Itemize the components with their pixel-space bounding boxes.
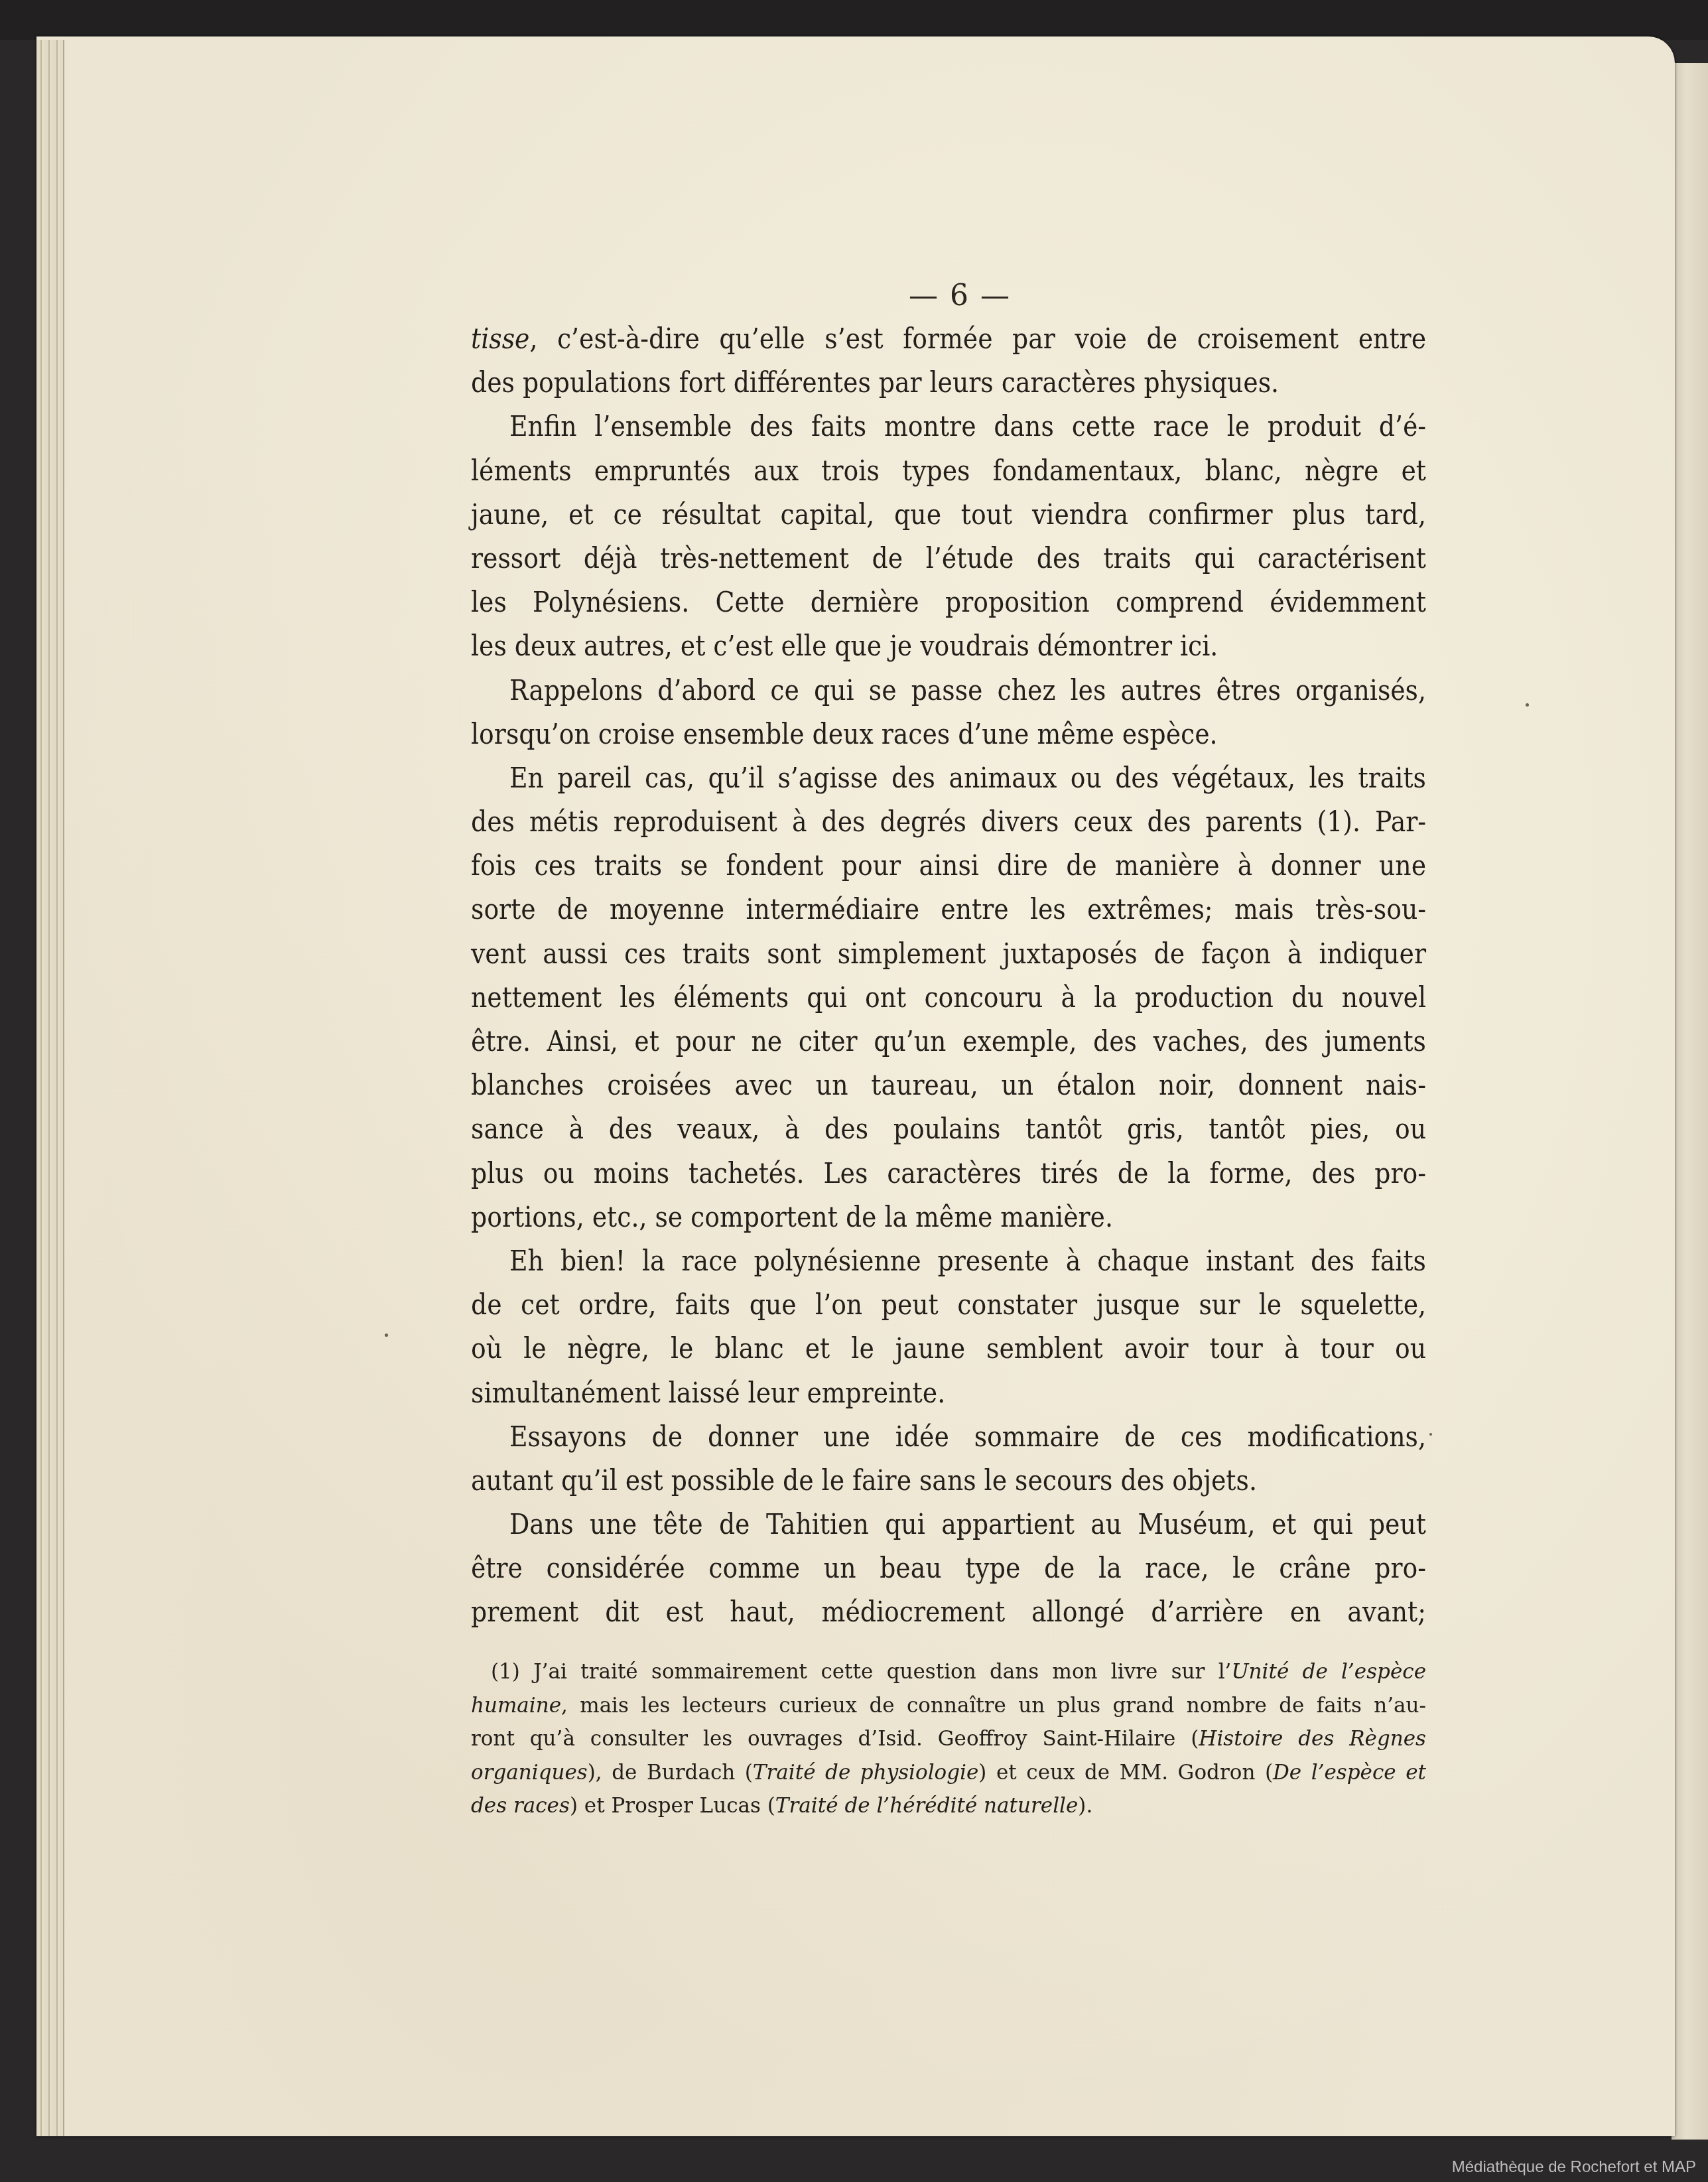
body-line: Dans une tête de Tahitien qui appartient…	[471, 1503, 1426, 1546]
text-run: lorsqu’on croise ensemble deux races d’u…	[471, 718, 1218, 750]
body-line: plus ou moins tachetés. Les caractères t…	[471, 1152, 1426, 1195]
text-run: être considérée comme un beau type de la…	[471, 1552, 1426, 1584]
text-run: être. Ainsi, et pour ne citer qu’un exem…	[471, 1025, 1426, 1057]
text-run: ) et Prosper Lucas (	[570, 1794, 775, 1818]
body-line: portions, etc., se comportent de la même…	[471, 1195, 1426, 1239]
body-line: simultanément laissé leur empreinte.	[471, 1371, 1426, 1415]
body-line: sance à des veaux, à des poulains tantôt…	[471, 1107, 1426, 1151]
text-run: de cet ordre, faits que l’on peut consta…	[471, 1288, 1426, 1321]
italic-text: Traité de l’hérédité naturelle	[775, 1794, 1078, 1818]
text-run: (1) J’ai traité sommairement cette quest…	[491, 1660, 1231, 1684]
italic-text: Unité de l’espèce	[1231, 1660, 1426, 1684]
body-line: des populations fort différentes par leu…	[471, 361, 1426, 405]
text-run: nettement les éléments qui ont concouru …	[471, 981, 1426, 1014]
text-run: , mais les lecteurs curieux de connaître…	[561, 1694, 1426, 1718]
text-run: ), de Burdach (	[588, 1761, 753, 1785]
body-line: prement dit est haut, médiocrement allon…	[471, 1590, 1426, 1634]
text-run: ) et ceux de MM. Godron (	[978, 1761, 1273, 1785]
text-run: Eh bien! la race polynésienne presente à…	[509, 1245, 1426, 1277]
body-text: tisse, c’est-à-dire qu’elle s’est formée…	[471, 317, 1426, 1635]
text-run: En pareil cas, qu’il s’agisse des animau…	[509, 762, 1426, 794]
body-line: les deux autres, et c’est elle que je vo…	[471, 624, 1426, 668]
body-line: léments empruntés aux trois types fondam…	[471, 449, 1426, 493]
body-line: être. Ainsi, et pour ne citer qu’un exem…	[471, 1020, 1426, 1063]
body-line: Rappelons d’abord ce qui se passe chez l…	[471, 669, 1426, 713]
text-run: sorte de moyenne intermédiaire entre les…	[471, 893, 1426, 925]
text-run: portions, etc., se comportent de la même…	[471, 1201, 1113, 1233]
text-run: où le nègre, le blanc et le jaune semble…	[471, 1332, 1426, 1365]
text-run: Essayons de donner une idée sommaire de …	[509, 1420, 1426, 1453]
italic-text: tisse	[471, 322, 529, 355]
text-run: , c’est-à-dire qu’elle s’est formée par …	[529, 322, 1426, 355]
body-line: être considérée comme un beau type de la…	[471, 1546, 1426, 1590]
italic-text: humaine	[471, 1694, 561, 1718]
text-run: léments empruntés aux trois types fondam…	[471, 454, 1426, 487]
body-line: sorte de moyenne intermédiaire entre les…	[471, 888, 1426, 931]
italic-text: Traité de physiologie	[753, 1761, 978, 1785]
text-run: jaune, et ce résultat capital, que tout …	[471, 498, 1426, 531]
body-line: Essayons de donner une idée sommaire de …	[471, 1415, 1426, 1459]
footnote-line: humaine, mais les lecteurs curieux de co…	[471, 1689, 1426, 1723]
text-run: blanches croisées avec un taureau, un ét…	[471, 1069, 1426, 1101]
body-line: lorsqu’on croise ensemble deux races d’u…	[471, 713, 1426, 756]
text-run: ).	[1078, 1794, 1092, 1818]
body-line: où le nègre, le blanc et le jaune semble…	[471, 1327, 1426, 1371]
italic-text: organiques	[471, 1761, 588, 1785]
body-line: blanches croisées avec un taureau, un ét…	[471, 1063, 1426, 1107]
page-number: — 6 —	[893, 279, 1026, 312]
footnotes: (1) J’ai traité sommairement cette quest…	[471, 1655, 1426, 1823]
text-run: Rappelons d’abord ce qui se passe chez l…	[509, 674, 1426, 707]
text-run: des métis reproduisent à des degrés dive…	[471, 805, 1426, 838]
body-line: Eh bien! la race polynésienne presente à…	[471, 1239, 1426, 1283]
text-run: les deux autres, et c’est elle que je vo…	[471, 630, 1218, 662]
text-run: plus ou moins tachetés. Les caractères t…	[471, 1157, 1426, 1190]
text-run: ressort déjà très-nettement de l’étude d…	[471, 542, 1426, 575]
italic-text: des races	[471, 1794, 570, 1818]
text-run: vent aussi ces traits sont simplement ju…	[471, 937, 1426, 970]
body-line: tisse, c’est-à-dire qu’elle s’est formée…	[471, 317, 1426, 361]
body-line: vent aussi ces traits sont simplement ju…	[471, 932, 1426, 976]
page-stack-edge	[36, 40, 64, 2136]
italic-text: Histoire des Règnes	[1199, 1727, 1426, 1751]
text-run: simultanément laissé leur empreinte.	[471, 1377, 945, 1409]
body-line: Enfin l’ensemble des faits montre dans c…	[471, 405, 1426, 448]
footnote-line: des races) et Prosper Lucas (Traité de l…	[471, 1789, 1426, 1823]
footnote-line: organiques), de Burdach (Traité de physi…	[471, 1756, 1426, 1790]
body-line: ressort déjà très-nettement de l’étude d…	[471, 537, 1426, 580]
text-run: autant qu’il est possible de le faire sa…	[471, 1464, 1257, 1497]
footnote-line: (1) J’ai traité sommairement cette quest…	[471, 1655, 1426, 1689]
scan-credit: Médiathèque de Rochefort et MAP	[1452, 2158, 1696, 2177]
text-run: les Polynésiens. Cette dernière proposit…	[471, 586, 1426, 618]
paper-speck	[1429, 1433, 1432, 1436]
text-run: Enfin l’ensemble des faits montre dans c…	[509, 410, 1426, 443]
scanner-backdrop	[0, 0, 1708, 40]
body-line: En pareil cas, qu’il s’agisse des animau…	[471, 756, 1426, 800]
body-line: fois ces traits se fondent pour ainsi di…	[471, 844, 1426, 888]
text-run: Dans une tête de Tahitien qui appartient…	[509, 1508, 1426, 1540]
text-run: prement dit est haut, médiocrement allon…	[471, 1596, 1426, 1628]
paper-speck	[1526, 703, 1529, 707]
body-line: de cet ordre, faits que l’on peut consta…	[471, 1283, 1426, 1327]
text-run: sance à des veaux, à des poulains tantôt…	[471, 1113, 1426, 1145]
text-run: ront qu’à consulter les ouvrages d’Isid.…	[471, 1727, 1199, 1751]
text-run: fois ces traits se fondent pour ainsi di…	[471, 849, 1426, 882]
body-line: des métis reproduisent à des degrés dive…	[471, 800, 1426, 844]
italic-text: De l’espèce et	[1273, 1761, 1426, 1785]
body-line: jaune, et ce résultat capital, que tout …	[471, 493, 1426, 537]
paper-speck	[385, 1333, 388, 1337]
footnote-line: ront qu’à consulter les ouvrages d’Isid.…	[471, 1722, 1426, 1756]
text-run: des populations fort différentes par leu…	[471, 366, 1279, 399]
body-line: nettement les éléments qui ont concouru …	[471, 976, 1426, 1020]
body-line: les Polynésiens. Cette dernière proposit…	[471, 580, 1426, 624]
facing-page-edge	[1672, 63, 1708, 2140]
body-line: autant qu’il est possible de le faire sa…	[471, 1459, 1426, 1503]
